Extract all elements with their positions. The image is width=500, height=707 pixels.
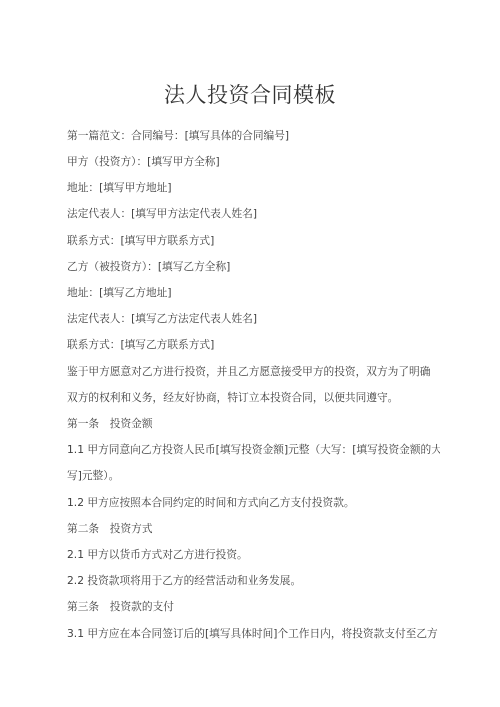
party-a-name-line: 甲方（投资方）：[填写甲方全称] bbox=[67, 149, 440, 175]
party-b-contact-line: 联系方式：[填写乙方联系方式] bbox=[67, 332, 440, 358]
clause-1-2-line: 1.2 甲方应按照本合同约定的时间和方式向乙方支付投资款。 bbox=[67, 490, 440, 516]
document-body: 第一篇范文：合同编号：[填写具体的合同编号] 甲方（投资方）：[填写甲方全称] … bbox=[67, 123, 440, 647]
article-1-heading: 第一条 投资金额 bbox=[67, 411, 440, 437]
clause-3-1-line-1: 3.1 甲方应在本合同签订后的[填写具体时间]个工作日内，将投资款支付至乙方 bbox=[67, 621, 440, 647]
clause-2-2-line: 2.2 投资款项将用于乙方的经营活动和业务发展。 bbox=[67, 568, 440, 594]
clause-1-1-line-1: 1.1 甲方同意向乙方投资人民币[填写投资金额]元整（大写：[填写投资金额的大 bbox=[67, 437, 440, 463]
party-a-legal-representative-line: 法定代表人：[填写甲方法定代表人姓名] bbox=[67, 201, 440, 227]
document-title: 法人投资合同模板 bbox=[0, 80, 500, 110]
preamble-line-1: 鉴于甲方愿意对乙方进行投资，并且乙方愿意接受甲方的投资，双方为了明确 bbox=[67, 359, 440, 385]
contract-document-page: 法人投资合同模板 第一篇范文：合同编号：[填写具体的合同编号] 甲方（投资方）：… bbox=[0, 0, 500, 707]
party-b-name-line: 乙方（被投资方）：[填写乙方全称] bbox=[67, 254, 440, 280]
party-a-contact-line: 联系方式：[填写甲方联系方式] bbox=[67, 228, 440, 254]
party-a-address-line: 地址：[填写甲方地址] bbox=[67, 175, 440, 201]
article-3-heading: 第三条 投资款的支付 bbox=[67, 594, 440, 620]
party-b-legal-representative-line: 法定代表人：[填写乙方法定代表人姓名] bbox=[67, 306, 440, 332]
clause-2-1-line: 2.1 甲方以货币方式对乙方进行投资。 bbox=[67, 542, 440, 568]
contract-number-line: 第一篇范文：合同编号：[填写具体的合同编号] bbox=[67, 123, 440, 149]
preamble-line-2: 双方的权利和义务，经友好协商，特订立本投资合同，以便共同遵守。 bbox=[67, 385, 440, 411]
clause-1-1-line-2: 写]元整）。 bbox=[67, 463, 440, 489]
party-b-address-line: 地址：[填写乙方地址] bbox=[67, 280, 440, 306]
article-2-heading: 第二条 投资方式 bbox=[67, 516, 440, 542]
